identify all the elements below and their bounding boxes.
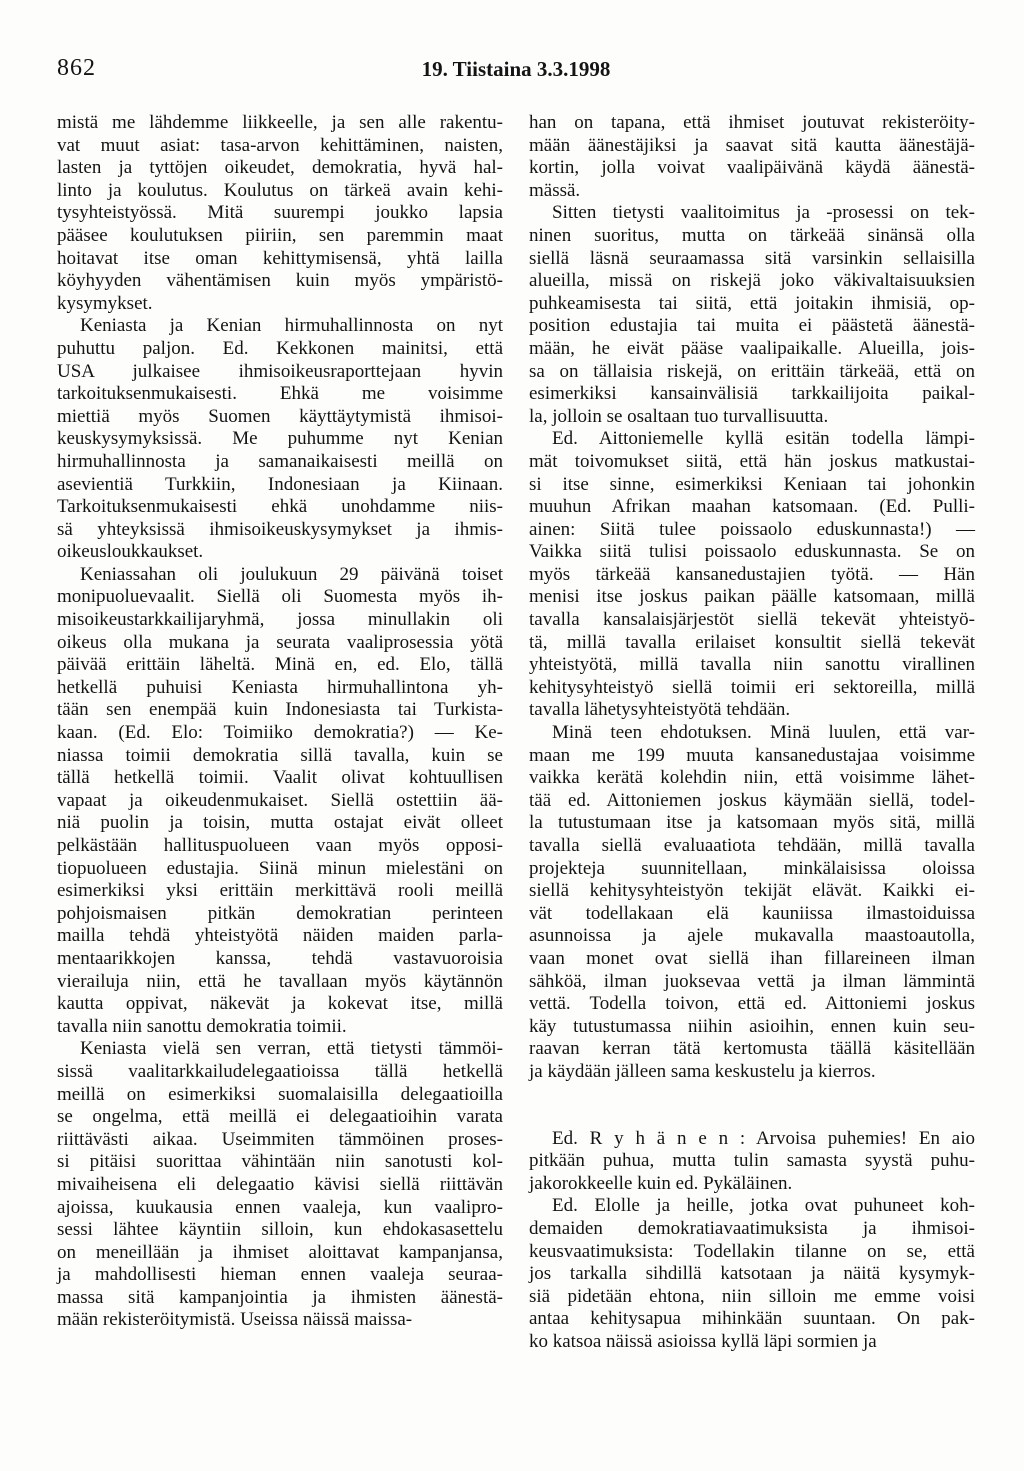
text-line: vät todellakaan elä kauniissa ilmastoidu… — [529, 903, 975, 926]
text-line: riittävästi aikaa. Useimmiten tämmöinen … — [57, 1129, 503, 1152]
text-line: la tutustumaan itse ja katsomaan myös si… — [529, 812, 975, 835]
text-line: puhkeamisesta tai siitä, että joitakin i… — [529, 293, 975, 316]
text-line: on meneillään ja ihmiset aloittavat kamp… — [57, 1242, 503, 1265]
text-line: mistä me lähdemme liikkeelle, ja sen all… — [57, 112, 503, 135]
text-line: asevientiä Turkkiin, Indonesiaan ja Kiin… — [57, 474, 503, 497]
text-line: demaiden demokratiavaatimuksista ja ihmi… — [529, 1218, 975, 1241]
text-line: Vaikka siitä tulisi poissaolo eduskunnas… — [529, 541, 975, 564]
text-columns: mistä me lähdemme liikkeelle, ja sen all… — [57, 112, 975, 1353]
text-line: tä, millä tavalla erilaiset konsultit si… — [529, 632, 975, 655]
text-line: Minä teen ehdotuksen. Minä luulen, että … — [529, 722, 975, 745]
text-line: vaikka kerätä kolehdin niin, että voisim… — [529, 767, 975, 790]
text-line: keusvaatimuksista: Todellakin tilanne on… — [529, 1241, 975, 1264]
text-line: Ed. Elolle ja heille, jotka ovat puhunee… — [529, 1195, 975, 1218]
text-line: yhteistyötä, millä tavalla niin sanottu … — [529, 654, 975, 677]
paragraph: Keniassahan oli joulukuun 29 päivänä toi… — [57, 564, 503, 1038]
text-line: vierailuja niin, että he tavallaan myös … — [57, 971, 503, 994]
text-line: position edustajia tai muita ei päästetä… — [529, 315, 975, 338]
text-line: oikeus olla mukana ja seurata vaaliprose… — [57, 632, 503, 655]
text-line: si pitäisi suorittaa vähintään niin sano… — [57, 1151, 503, 1174]
paragraph: Minä teen ehdotuksen. Minä luulen, että … — [529, 722, 975, 1084]
text-line: alueilla, missä on riskejä joko väkivalt… — [529, 270, 975, 293]
text-line: USA julkaisee ihmisoikeusraporttejaan hy… — [57, 361, 503, 384]
text-line: tavalla lähetysyhteistyötä tehdään. — [529, 699, 975, 722]
text-line: niä puolin ja toisin, mutta ostajat eivä… — [57, 812, 503, 835]
text-line: vaan monet ovat siellä ihan fillareineen… — [529, 948, 975, 971]
text-line: kysymykset. — [57, 293, 503, 316]
text-line: päivää erittäin läheltä. Minä en, ed. El… — [57, 654, 503, 677]
text-line: sähköä, ilman juoksevaa vettä ja ilman l… — [529, 971, 975, 994]
header-title: 19. Tiistaina 3.3.1998 — [57, 55, 975, 82]
text-line: tavalla niin sanottu demokratia toimii. — [57, 1016, 503, 1039]
text-line: miettiä myös Suomen käyttäytymistä ihmis… — [57, 406, 503, 429]
text-line: sa on tällaisia riskejä, on erittäin tär… — [529, 361, 975, 384]
text-line: jos tarkalla sihdillä katsotaan ja näitä… — [529, 1263, 975, 1286]
text-line: myös tärkeää kansanedustajien työtä. — H… — [529, 564, 975, 587]
text-line: la, jolloin se osaltaan tuo turvallisuut… — [529, 406, 975, 429]
text-line: Keniasta ja Kenian hirmuhallinnosta on n… — [57, 315, 503, 338]
text-line: maan me 199 muuta kansanedustajaa voisim… — [529, 745, 975, 768]
paragraph: Ed. R y h ä n e n : Arvoisa puhemies! En… — [529, 1128, 975, 1196]
text-line: se ongelma, että meillä ei delegaatioihi… — [57, 1106, 503, 1129]
text-line: mentaarikkojen kanssa, tehdä vastavuoroi… — [57, 948, 503, 971]
text-line: esimerkiksi kansainvälisiä tarkkailijoit… — [529, 383, 975, 406]
left-column: mistä me lähdemme liikkeelle, ja sen all… — [57, 112, 503, 1353]
text-line: tällä hetkellä toimii. Vaalit olivat koh… — [57, 767, 503, 790]
paragraph: Sitten tietysti vaalitoimitus ja -proses… — [529, 202, 975, 428]
text-line: esimerkiksi yksi erittäin merkittävä roo… — [57, 880, 503, 903]
text-line: ajoissa, kuukausia ennen vaaleja, kun va… — [57, 1197, 503, 1220]
text-line: oikeusloukkaukset. — [57, 541, 503, 564]
text-line: hetkellä puhuisi Keniasta hirmuhallinton… — [57, 677, 503, 700]
text-line: käy tutustumassa niihin asioihin, ennen … — [529, 1016, 975, 1039]
text-line: tiopuolueen edustajia. Siinä minun miele… — [57, 858, 503, 881]
text-line: pelkästään hallituspuolueen vaan myös op… — [57, 835, 503, 858]
text-line: vapaat ja oikeudenmukaiset. Siellä ostet… — [57, 790, 503, 813]
text-line: tää ed. Aittoniemen joskus käymään siell… — [529, 790, 975, 813]
text-line: mään rekisteröitymistä. Useissa näissä m… — [57, 1309, 503, 1332]
text-line: monipuoluevaalit. Siellä oli Suomesta my… — [57, 586, 503, 609]
text-line: hoitavat itse oman kehittymisensä, yhtä … — [57, 248, 503, 271]
text-line: keuskysymyksissä. Me puhumme nyt Kenian — [57, 428, 503, 451]
document-page: 862 19. Tiistaina 3.3.1998 mistä me lähd… — [0, 0, 1024, 1471]
text-line: linto ja koulutus. Koulutus on tärkeä av… — [57, 180, 503, 203]
text-line: tään sen enempää kuin Indonesiasta tai T… — [57, 699, 503, 722]
text-line: ja mahdollisesti hieman ennen vaaleja se… — [57, 1264, 503, 1287]
text-line: mivaiheisena eli delegaatio kävisi siell… — [57, 1174, 503, 1197]
text-line: tavalla siellä evaluaatiota tehdään, mil… — [529, 835, 975, 858]
text-line: lasten ja tyttöjen oikeudet, demokratia,… — [57, 157, 503, 180]
text-line: Sitten tietysti vaalitoimitus ja -proses… — [529, 202, 975, 225]
page-number: 862 — [57, 55, 96, 82]
text-line: pitkään puhua, mutta tulin samasta syyst… — [529, 1150, 975, 1173]
text-line: hirmuhallinnosta ja samanaikaisesti meil… — [57, 451, 503, 474]
text-line: kehitysyhteistyö siellä toimii eri sekto… — [529, 677, 975, 700]
text-line: raavan kerran tätä kertomusta täällä käs… — [529, 1038, 975, 1061]
text-line: ninen suoritus, mutta on tärkeää sinänsä… — [529, 225, 975, 248]
text-line: sessi lähtee käyntiin silloin, kun ehdok… — [57, 1219, 503, 1242]
paragraph: Ed. Aittoniemelle kyllä esitän todella l… — [529, 428, 975, 722]
text-line: sissä vaalitarkkailudelegaatioissa tällä… — [57, 1061, 503, 1084]
text-line: projekteja suunnitellaan, minkälaisissa … — [529, 858, 975, 881]
page-header: 862 19. Tiistaina 3.3.1998 — [57, 55, 975, 93]
text-line: kautta oppivat, näkevät ja kokevat itse,… — [57, 993, 503, 1016]
text-line: tysyhteistyössä. Mitä suurempi joukko la… — [57, 202, 503, 225]
paragraph: han on tapana, että ihmiset joutuvat rek… — [529, 112, 975, 202]
text-line: menisi itse joskus paikan päälle katsoma… — [529, 586, 975, 609]
text-line: puhuttu paljon. Ed. Kekkonen mainitsi, e… — [57, 338, 503, 361]
text-line: han on tapana, että ihmiset joutuvat rek… — [529, 112, 975, 135]
text-line: meillä on esimerkiksi suomalaisilla dele… — [57, 1084, 503, 1107]
text-line: Tarkoituksenmukaisesti ehkä unohdamme ni… — [57, 496, 503, 519]
text-line: siellä läsnä seuraamassa sitä varsinkin … — [529, 248, 975, 271]
text-line: köyhyyden vähentämisen kuin myös ympäris… — [57, 270, 503, 293]
text-line: ja käydään jälleen sama keskustelu ja ki… — [529, 1061, 975, 1084]
text-line: mässä. — [529, 180, 975, 203]
paragraph: Ed. Elolle ja heille, jotka ovat puhunee… — [529, 1195, 975, 1353]
text-line: vettä. Todella toivon, että ed. Aittonie… — [529, 993, 975, 1016]
right-column: han on tapana, että ihmiset joutuvat rek… — [529, 112, 975, 1353]
text-line: Ed. Aittoniemelle kyllä esitän todella l… — [529, 428, 975, 451]
text-line: vat muut asiat: tasa-arvon kehittäminen,… — [57, 135, 503, 158]
text-line: pohjoismaisen pitkän demokratian perinte… — [57, 903, 503, 926]
text-line: Keniassahan oli joulukuun 29 päivänä toi… — [57, 564, 503, 587]
text-line: kortin, jolla voivat vaalipäivänä käydä … — [529, 157, 975, 180]
text-line: si itse sinne, esimerkiksi Keniaan tai j… — [529, 474, 975, 497]
paragraph: mistä me lähdemme liikkeelle, ja sen all… — [57, 112, 503, 315]
text-line: tarkoituksenmukaisesti. Ehkä me voisimme — [57, 383, 503, 406]
text-line: ko katsoa näissä asioissa kyllä läpi sor… — [529, 1331, 975, 1354]
text-line: antaa kehitysapua mihinkään suuntaan. On… — [529, 1308, 975, 1331]
text-line: mään, he eivät pääse vaalipaikalle. Alue… — [529, 338, 975, 361]
text-line: kaan. (Ed. Elo: Toimiiko demokratia?) — … — [57, 722, 503, 745]
paragraph: Keniasta ja Kenian hirmuhallinnosta on n… — [57, 315, 503, 564]
text-line: siä pidetään ehtona, niin silloin me emm… — [529, 1286, 975, 1309]
text-line: mailla tehdä yhteistyötä näiden maiden p… — [57, 925, 503, 948]
text-line: ainen: Siitä tulee poissaolo eduskunnast… — [529, 519, 975, 542]
text-line: muuhun Afrikan maahan katsomaan. (Ed. Pu… — [529, 496, 975, 519]
text-line: mät toivomukset siitä, että hän joskus m… — [529, 451, 975, 474]
text-line: niassa toimii demokratia sillä tavalla, … — [57, 745, 503, 768]
text-line: mään äänestäjiksi ja saavat sitä kautta … — [529, 135, 975, 158]
text-line: tavalla kansalaisjärjestöt siellä tekevä… — [529, 609, 975, 632]
text-line: asunnoissa ja ajele mukavalla maastoauto… — [529, 925, 975, 948]
text-line: pääsee koulutuksen piiriin, sen paremmin… — [57, 225, 503, 248]
paragraph: Keniasta vielä sen verran, että tietysti… — [57, 1038, 503, 1332]
text-line: misoikeustarkkailijaryhmä, jossa minulla… — [57, 609, 503, 632]
text-line: jakorokkeelle kuin ed. Pykäläinen. — [529, 1173, 975, 1196]
text-line: massa sitä kampanjointia ja ihmisten ään… — [57, 1287, 503, 1310]
text-line: sä yhteyksissä ihmisoikeuskysymykset ja … — [57, 519, 503, 542]
text-line: Keniasta vielä sen verran, että tietysti… — [57, 1038, 503, 1061]
text-line: Ed. R y h ä n e n : Arvoisa puhemies! En… — [529, 1128, 975, 1151]
text-line: siellä kehitysyhteistyön tekijät elävät.… — [529, 880, 975, 903]
